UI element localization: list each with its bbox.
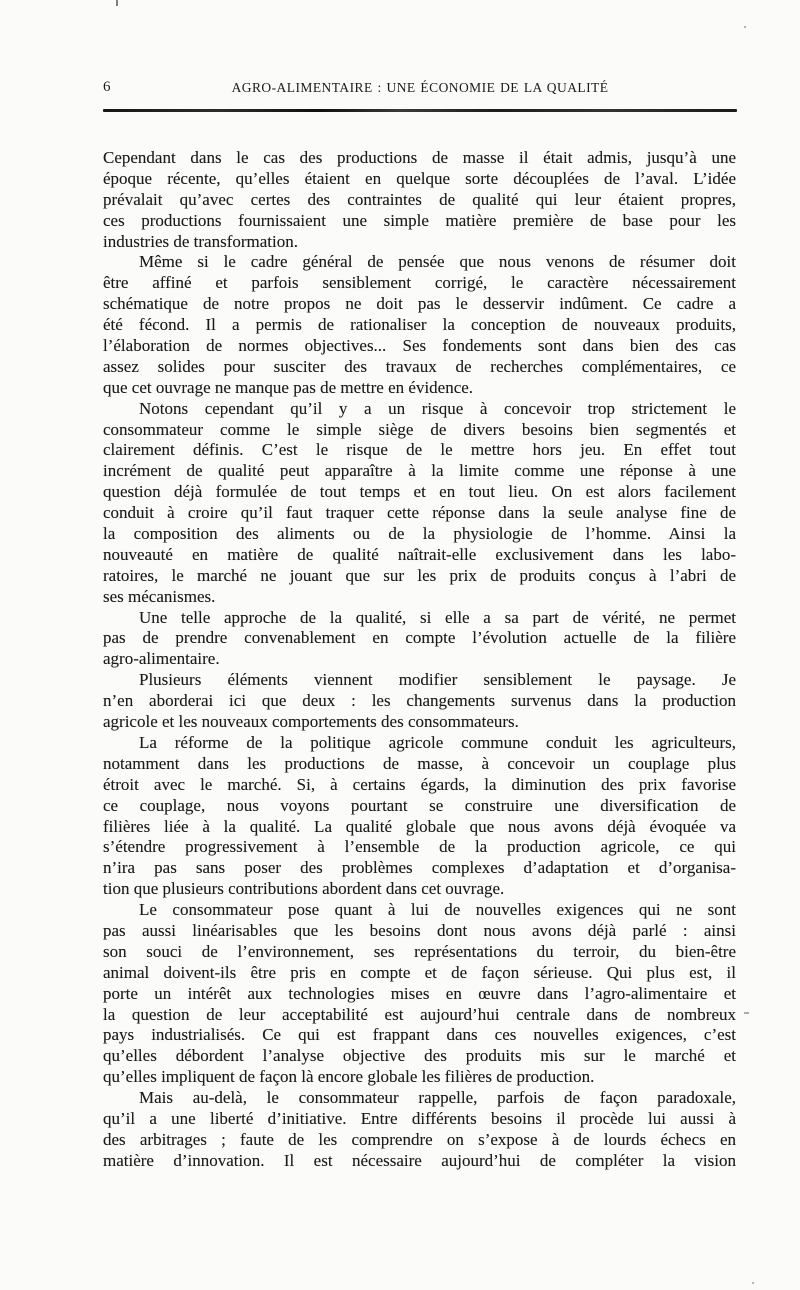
text-line: été fécond. Il a permis de rationaliser … <box>103 315 736 336</box>
text-line: qu’il a une liberté d’initiative. Entre … <box>103 1109 736 1130</box>
running-title: AGRO-ALIMENTAIRE : UNE ÉCONOMIE DE LA QU… <box>103 80 737 96</box>
text-line: que cet ouvrage ne manque pas de mettre … <box>103 378 736 399</box>
text-line: être affiné et parfois sensiblement corr… <box>103 273 736 294</box>
text-line: ratoires, le marché ne jouant que sur le… <box>103 566 736 587</box>
text-line: époque récente, qu’elles étaient en quel… <box>103 169 736 190</box>
text-line: La réforme de la politique agricole comm… <box>103 733 736 754</box>
text-line: Une telle approche de la qualité, si ell… <box>103 608 736 629</box>
paragraph: Le consommateur pose quant à lui de nouv… <box>103 900 736 1088</box>
text-line: notamment dans les productions de masse,… <box>103 754 736 775</box>
text-line: s’étendre progressivement à l’ensemble d… <box>103 837 736 858</box>
scan-artifact <box>744 26 746 28</box>
text-line: pas aussi linéarisables que les besoins … <box>103 921 736 942</box>
text-line: ce couplage, nous voyons pourtant se con… <box>103 796 736 817</box>
text-line: agricole et les nouveaux comportements d… <box>103 712 736 733</box>
text-line: Notons cependant qu’il y a un risque à c… <box>103 399 736 420</box>
text-line: Plusieurs éléments viennent modifier sen… <box>103 670 736 691</box>
text-line: Mais au-delà, le consommateur rappelle, … <box>103 1088 736 1109</box>
text-line: animal doivent-ils être pris en compte e… <box>103 963 736 984</box>
book-page: 6 AGRO-ALIMENTAIRE : UNE ÉCONOMIE DE LA … <box>0 0 800 1290</box>
page-body: Cependant dans le cas des productions de… <box>103 148 736 1172</box>
paragraph: Une telle approche de la qualité, si ell… <box>103 608 736 671</box>
text-line: clairement définis. C’est le risque de l… <box>103 440 736 461</box>
text-line: question déjà formulée de tout temps et … <box>103 482 736 503</box>
text-line: consommateur comme le simple siège de di… <box>103 420 736 441</box>
paragraph: La réforme de la politique agricole comm… <box>103 733 736 900</box>
header-rule <box>103 109 737 112</box>
text-line: assez solides pour susciter des travaux … <box>103 357 736 378</box>
text-line: tion que plusieurs contributions aborden… <box>103 879 736 900</box>
text-line: prévalait qu’avec certes des contraintes… <box>103 190 736 211</box>
text-line: des arbitrages ; faute de les comprendre… <box>103 1130 736 1151</box>
text-line: Le consommateur pose quant à lui de nouv… <box>103 900 736 921</box>
running-header: 6 AGRO-ALIMENTAIRE : UNE ÉCONOMIE DE LA … <box>103 78 737 100</box>
text-line: Cependant dans le cas des productions de… <box>103 148 736 169</box>
paragraph: Notons cependant qu’il y a un risque à c… <box>103 399 736 608</box>
text-line: filières liée à la qualité. La qualité g… <box>103 817 736 838</box>
text-line: n’en aborderai ici que deux : les change… <box>103 691 736 712</box>
text-line: étroit avec le marché. Si, à certains ég… <box>103 775 736 796</box>
text-line: matière d’innovation. Il est nécessaire … <box>103 1151 736 1172</box>
paragraph: Cependant dans le cas des productions de… <box>103 148 736 252</box>
text-line: pas de prendre convenablement en compte … <box>103 628 736 649</box>
scan-artifact <box>744 1012 749 1014</box>
text-line: la question de leur acceptabilité est au… <box>103 1005 736 1026</box>
text-line: son souci de l’environnement, ses représ… <box>103 942 736 963</box>
scan-artifact <box>752 1282 754 1284</box>
text-line: conduit à croire qu’il faut traquer cett… <box>103 503 736 524</box>
text-line: nouveauté en matière de qualité naîtrait… <box>103 545 736 566</box>
paragraph: Mais au-delà, le consommateur rappelle, … <box>103 1088 736 1172</box>
text-line: agro-alimentaire. <box>103 649 736 670</box>
paragraph: Même si le cadre général de pensée que n… <box>103 252 736 398</box>
scan-artifact <box>116 0 118 6</box>
text-line: incrément de qualité peut apparaître à l… <box>103 461 736 482</box>
text-line: n’ira pas sans poser des problèmes compl… <box>103 858 736 879</box>
text-line: schématique de notre propos ne doit pas … <box>103 294 736 315</box>
text-line: ses mécanismes. <box>103 587 736 608</box>
text-line: Même si le cadre général de pensée que n… <box>103 252 736 273</box>
text-line: ces productions fournissaient une simple… <box>103 211 736 232</box>
text-line: qu’elles débordent l’analyse objective d… <box>103 1046 736 1067</box>
text-line: qu’elles impliquent de façon là encore g… <box>103 1067 736 1088</box>
paragraph: Plusieurs éléments viennent modifier sen… <box>103 670 736 733</box>
text-line: la composition des aliments ou de la phy… <box>103 524 736 545</box>
text-line: l’élaboration de normes objectives... Se… <box>103 336 736 357</box>
text-line: industries de transformation. <box>103 232 736 253</box>
text-line: pays industrialisés. Ce qui est frappant… <box>103 1025 736 1046</box>
text-line: porte un intérêt aux technologies mises … <box>103 984 736 1005</box>
